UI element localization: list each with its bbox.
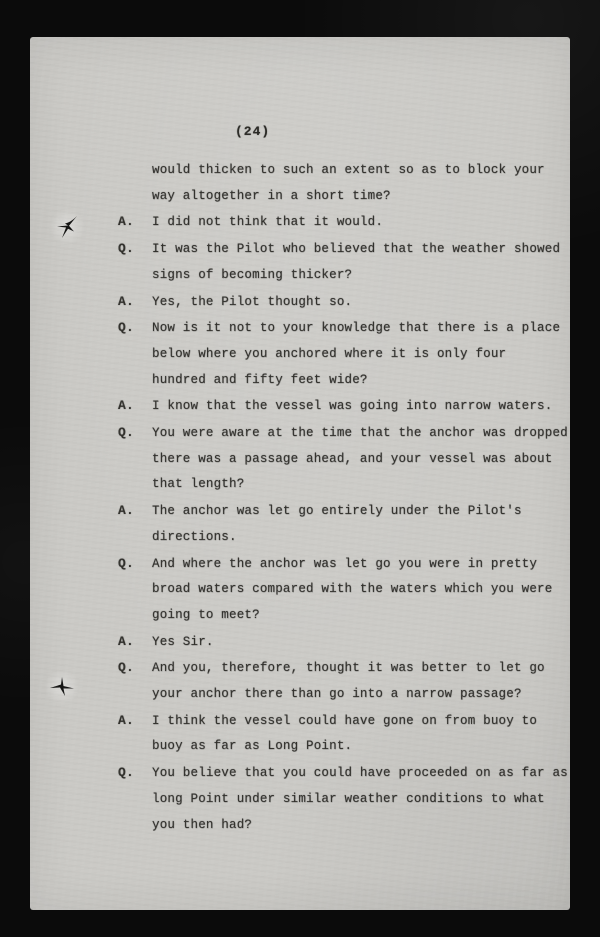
entry-text: Now is it not to your knowledge that the… [152, 316, 566, 393]
page-number: (24) [235, 124, 270, 139]
entry-text: It was the Pilot who believed that the w… [152, 237, 566, 288]
speaker-label: Q. [118, 420, 152, 446]
transcript-body: would thicken to such an extent so as to… [118, 158, 566, 838]
entry-text: Yes Sir. [152, 630, 566, 656]
speaker-label: A. [118, 393, 152, 419]
entry-text: And you, therefore, thought it was bette… [152, 656, 566, 707]
transcript-entry: A. I think the vessel could have gone on… [118, 708, 566, 760]
entry-text: Yes, the Pilot thought so. [152, 290, 566, 316]
entry-text: The anchor was let go entirely under the… [152, 499, 566, 550]
document-page: (24) would thicken to such an extent so … [30, 37, 570, 910]
transcript-entry: A. Yes Sir. [118, 629, 566, 656]
entry-text: You believe that you could have proceede… [152, 761, 568, 838]
transcript-entry: Q. You believe that you could have proce… [118, 760, 566, 838]
tear-mark-icon [49, 676, 75, 698]
speaker-label: Q. [118, 655, 152, 681]
transcript-entry: Q. And where the anchor was let go you w… [118, 551, 566, 629]
transcript-entry: Q. And you, therefore, thought it was be… [118, 655, 566, 707]
transcript-entry: A. I did not think that it would. [118, 209, 566, 236]
speaker-label: Q. [118, 760, 152, 786]
transcript-entry: A. Yes, the Pilot thought so. [118, 289, 566, 316]
transcript-entry: Q. Now is it not to your knowledge that … [118, 315, 566, 393]
transcript-entry: A. I know that the vessel was going into… [118, 393, 566, 420]
entry-text: I think the vessel could have gone on fr… [152, 709, 566, 760]
speaker-label: Q. [118, 551, 152, 577]
transcript-entry: Q. It was the Pilot who believed that th… [118, 236, 566, 288]
entry-text: would thicken to such an extent so as to… [152, 158, 566, 209]
speaker-label: A. [118, 498, 152, 524]
punch-hole-mark-top [49, 208, 85, 246]
speaker-label: A. [118, 708, 152, 734]
entry-text: And where the anchor was let go you were… [152, 552, 566, 629]
transcript-entry: Q. You were aware at the time that the a… [118, 420, 566, 498]
entry-text: I know that the vessel was going into na… [152, 394, 566, 420]
speaker-label: Q. [118, 236, 152, 262]
speaker-label: Q. [118, 315, 152, 341]
speaker-label: A. [118, 209, 152, 235]
scan-background: (24) would thicken to such an extent so … [0, 0, 600, 937]
entry-text: You were aware at the time that the anch… [152, 421, 568, 498]
transcript-entry: A. The anchor was let go entirely under … [118, 498, 566, 550]
speaker-label: A. [118, 289, 152, 315]
transcript-entry: would thicken to such an extent so as to… [118, 158, 566, 209]
punch-hole-mark-bottom [43, 670, 81, 704]
speaker-label: A. [118, 629, 152, 655]
entry-text: I did not think that it would. [152, 210, 566, 236]
tear-mark-icon [55, 214, 79, 240]
